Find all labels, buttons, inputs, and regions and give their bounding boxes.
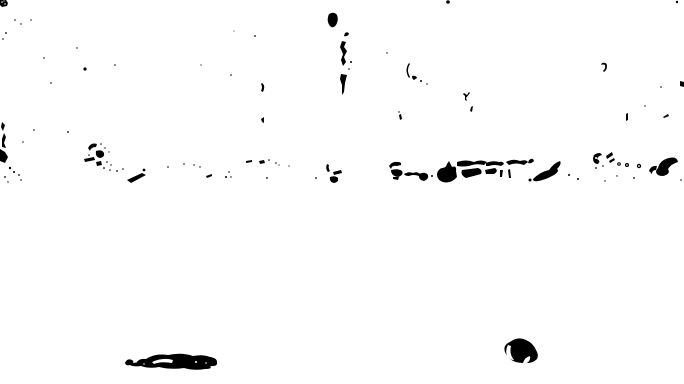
- ink-blob: [680, 179, 682, 181]
- ink-blob: [114, 64, 116, 66]
- ink-blob: [84, 157, 95, 162]
- ink-blob: [43, 57, 45, 59]
- ink-blob: [259, 160, 265, 164]
- ink-blob: [96, 150, 104, 158]
- ink-blob: [437, 161, 457, 182]
- ink-blob: [616, 175, 617, 176]
- ink-blob: [431, 175, 433, 177]
- ink-blob: [183, 163, 185, 165]
- ink-blob: [446, 0, 450, 4]
- ink-blob: [649, 166, 657, 174]
- ink-blob: [4, 176, 6, 178]
- ink-blob: [528, 159, 534, 164]
- ink-blob: [533, 161, 561, 181]
- ink-blob: [261, 83, 264, 92]
- ink-blob: [486, 161, 504, 166]
- ink-blob: [470, 106, 473, 112]
- ink-blob: [20, 23, 21, 24]
- ink-blob: [508, 169, 511, 178]
- ink-blob: [104, 147, 105, 148]
- ink-blob: [680, 81, 684, 87]
- ink-blob: [330, 176, 338, 183]
- ink-blob: [288, 165, 289, 166]
- ink-blob: [404, 172, 420, 176]
- ink-blob: [340, 41, 347, 66]
- ink-blob: [205, 362, 207, 364]
- ink-blob: [96, 161, 102, 166]
- ink-blob: [50, 82, 52, 84]
- ink-blob: [676, 1, 678, 3]
- ink-blob: [638, 165, 640, 167]
- ink-blob: [593, 153, 602, 164]
- ink-blob: [609, 158, 615, 163]
- ink-blob: [143, 363, 144, 364]
- ink-blob: [1, 122, 6, 148]
- ink-blob: [426, 83, 427, 84]
- ink-blob: [195, 361, 197, 363]
- ink-blob: [420, 80, 422, 82]
- ink-blob: [656, 158, 678, 177]
- ink-blob: [333, 170, 342, 175]
- ink-blob: [76, 47, 77, 48]
- ink-blob: [344, 32, 349, 36]
- ink-blob: [389, 162, 401, 169]
- ink-blob: [2, 38, 4, 40]
- ink-blob: [398, 111, 399, 112]
- ink-blob: [618, 163, 619, 164]
- ink-blob: [9, 167, 11, 169]
- ink-blob: [604, 180, 605, 181]
- ink-blob: [230, 176, 231, 177]
- binarized-noise-texture-image: [0, 0, 684, 384]
- ink-blob: [463, 92, 470, 101]
- ink-blob: [261, 117, 264, 123]
- ink-blob: [350, 61, 352, 63]
- ink-blob: [419, 173, 428, 181]
- ink-blob: [506, 160, 528, 165]
- ink-blob: [14, 19, 16, 21]
- ink-blob: [326, 164, 330, 172]
- ink-blob: [199, 166, 200, 167]
- ink-blob: [412, 76, 417, 80]
- ink-blob: [106, 161, 108, 163]
- ink-blob: [275, 162, 277, 164]
- ink-blob: [127, 173, 146, 183]
- ink-blob: [626, 164, 628, 166]
- ink-blob: [200, 64, 201, 65]
- ink-blob: [3, 0, 4, 1]
- ink-blob: [577, 178, 579, 180]
- ink-blob: [633, 177, 635, 179]
- ink-blob: [30, 19, 31, 20]
- ink-blob: [328, 13, 338, 28]
- ink-blob: [225, 176, 227, 178]
- ink-blob: [108, 151, 109, 152]
- ink-blob: [407, 63, 411, 78]
- ink-blob: [268, 159, 270, 161]
- ink-blob: [1, 1, 3, 3]
- ink-blob: [386, 52, 387, 53]
- ink-blob: [391, 169, 403, 177]
- ink-blob: [109, 169, 111, 171]
- ink-blob: [234, 31, 235, 32]
- ink-blob: [315, 177, 317, 179]
- ink-blob: [83, 67, 86, 70]
- noise-art-svg: [0, 0, 684, 384]
- ink-blob: [595, 157, 597, 159]
- ink-blob: [143, 169, 146, 172]
- ink-blob: [230, 74, 232, 76]
- ink-blob: [529, 179, 532, 182]
- ink-blob: [18, 174, 20, 176]
- ink-blob: [500, 170, 503, 177]
- ink-blob: [266, 177, 268, 179]
- ink-blob: [122, 168, 124, 170]
- ink-blob: [103, 167, 105, 169]
- ink-blob: [100, 143, 102, 145]
- ink-blob: [278, 164, 279, 165]
- ink-blob: [462, 168, 482, 178]
- ink-blob: [601, 63, 607, 72]
- ink-blob: [606, 152, 613, 159]
- ink-blob: [340, 74, 347, 95]
- ink-blob: [246, 160, 252, 163]
- ink-blob: [193, 164, 194, 165]
- ink-blob: [644, 105, 645, 106]
- ink-blob: [5, 32, 7, 34]
- ink-blob: [4, 3, 5, 4]
- ink-blob: [393, 177, 399, 180]
- ink-blob: [660, 86, 662, 88]
- ink-blob: [254, 35, 256, 37]
- ink-blob: [206, 174, 212, 178]
- ink-blob: [595, 167, 597, 169]
- ink-blob: [167, 166, 169, 168]
- ink-blob: [13, 171, 15, 173]
- ink-blob: [399, 114, 402, 120]
- ink-blob: [626, 113, 628, 121]
- ink-blob: [568, 174, 570, 176]
- ink-blob: [33, 129, 35, 131]
- ink-blob: [663, 114, 669, 118]
- ink-blob: [22, 141, 23, 142]
- ink-blob: [457, 161, 487, 167]
- ink-blob: [348, 68, 350, 70]
- ink-blob: [116, 170, 118, 172]
- ink-blob: [7, 181, 8, 182]
- ink-blob: [20, 179, 22, 181]
- ink-blob: [602, 165, 604, 167]
- ink-blob: [88, 154, 90, 156]
- ink-blob: [0, 149, 8, 163]
- ink-blob: [110, 164, 111, 165]
- ink-blob: [485, 168, 497, 174]
- ink-blob: [88, 144, 97, 152]
- ink-blob: [133, 361, 135, 363]
- ink-blob: [228, 171, 230, 173]
- ink-blob: [67, 131, 69, 133]
